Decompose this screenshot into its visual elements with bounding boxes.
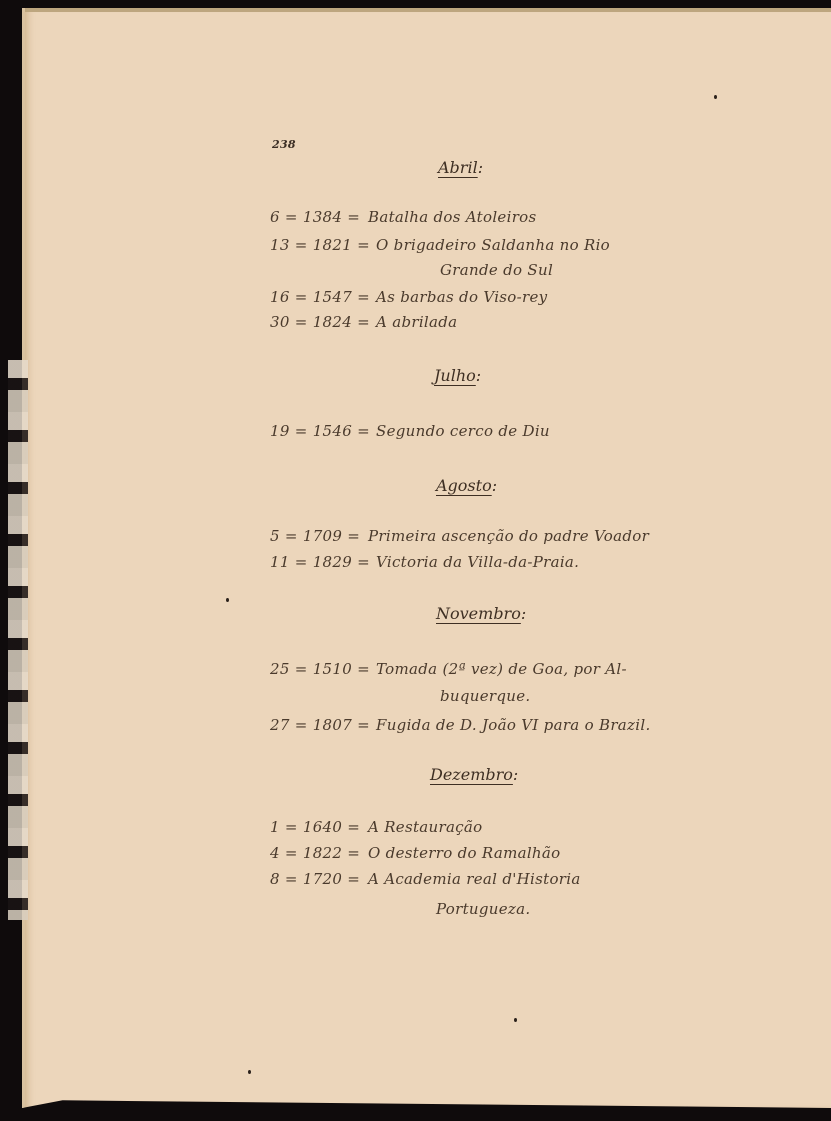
entry-text: Segundo cerco de Diu [376,422,550,440]
month-name: Agosto [436,476,492,495]
entry-date: 1 = 1640 = [270,818,362,836]
list-item: 5 = 1709 = Primeira ascenção do padre Vo… [270,527,649,545]
list-item: 6 = 1384 = Batalha dos Atoleiros [270,208,537,226]
entry-text: Tomada (2ª vez) de Goa, por Al- [376,660,627,678]
list-item: 16 = 1547 = As barbas do Viso-rey [270,288,547,306]
month-name: Abril [438,158,478,177]
entry-date: 19 = 1546 = [270,422,370,440]
entry-continuation: buquerque. [440,687,530,705]
entry-date: 13 = 1821 = [270,236,370,254]
month-name: Dezembro [430,765,513,784]
entry-date: 8 = 1720 = [270,870,362,888]
month-name: Julho [434,366,476,385]
list-item: 30 = 1824 = A abrilada [270,313,457,331]
entry-text: A Restauração [368,818,483,836]
list-item: 27 = 1807 = Fugida de D. João VI para o … [270,716,651,734]
list-item: 19 = 1546 = Segundo cerco de Diu [270,422,550,440]
entry-text: Fugida de D. João VI para o Brazil. [376,716,651,734]
paper-speck [226,598,229,602]
entry-date: 16 = 1547 = [270,288,370,306]
month-heading-abril: Abril: [438,158,483,177]
entry-text: Victoria da Villa-da-Praia. [376,553,579,571]
list-item: 8 = 1720 = A Academia real d'Historia [270,870,581,888]
list-item: 11 = 1829 = Victoria da Villa-da-Praia. [270,553,579,571]
entry-text: A Academia real d'Historia [368,870,581,888]
entry-text: O brigadeiro Saldanha no Rio [376,236,610,254]
month-name: Novembro [436,604,521,623]
entry-date: 4 = 1822 = [270,844,362,862]
list-item: 25 = 1510 = Tomada (2ª vez) de Goa, por … [270,660,627,678]
entry-date: 11 = 1829 = [270,553,370,571]
entry-date: 25 = 1510 = [270,660,370,678]
entry-text: As barbas do Viso-rey [376,288,547,306]
page-number: 238 [272,138,296,151]
paper-speck [714,95,717,99]
entry-date: 30 = 1824 = [270,313,370,331]
month-heading-dezembro: Dezembro: [430,765,518,784]
paper-speck [514,1018,517,1022]
entry-date: 27 = 1807 = [270,716,370,734]
entry-continuation: Grande do Sul [440,261,553,279]
paper-speck [248,1070,251,1074]
list-item: 1 = 1640 = A Restauração [270,818,483,836]
torn-page-edge [8,360,28,920]
entry-text: Batalha dos Atoleiros [368,208,537,226]
entry-text: Primeira ascenção do padre Voador [368,527,649,545]
month-heading-julho: Julho: [434,366,481,385]
entry-continuation: Portugueza. [436,900,530,918]
entry-text: O desterro do Ramalhão [368,844,560,862]
entry-text: A abrilada [376,313,457,331]
list-item: 13 = 1821 = O brigadeiro Saldanha no Rio [270,236,610,254]
entry-date: 5 = 1709 = [270,527,362,545]
list-item: 4 = 1822 = O desterro do Ramalhão [270,844,560,862]
entry-date: 6 = 1384 = [270,208,362,226]
month-heading-agosto: Agosto: [436,476,497,495]
month-heading-novembro: Novembro: [436,604,526,623]
